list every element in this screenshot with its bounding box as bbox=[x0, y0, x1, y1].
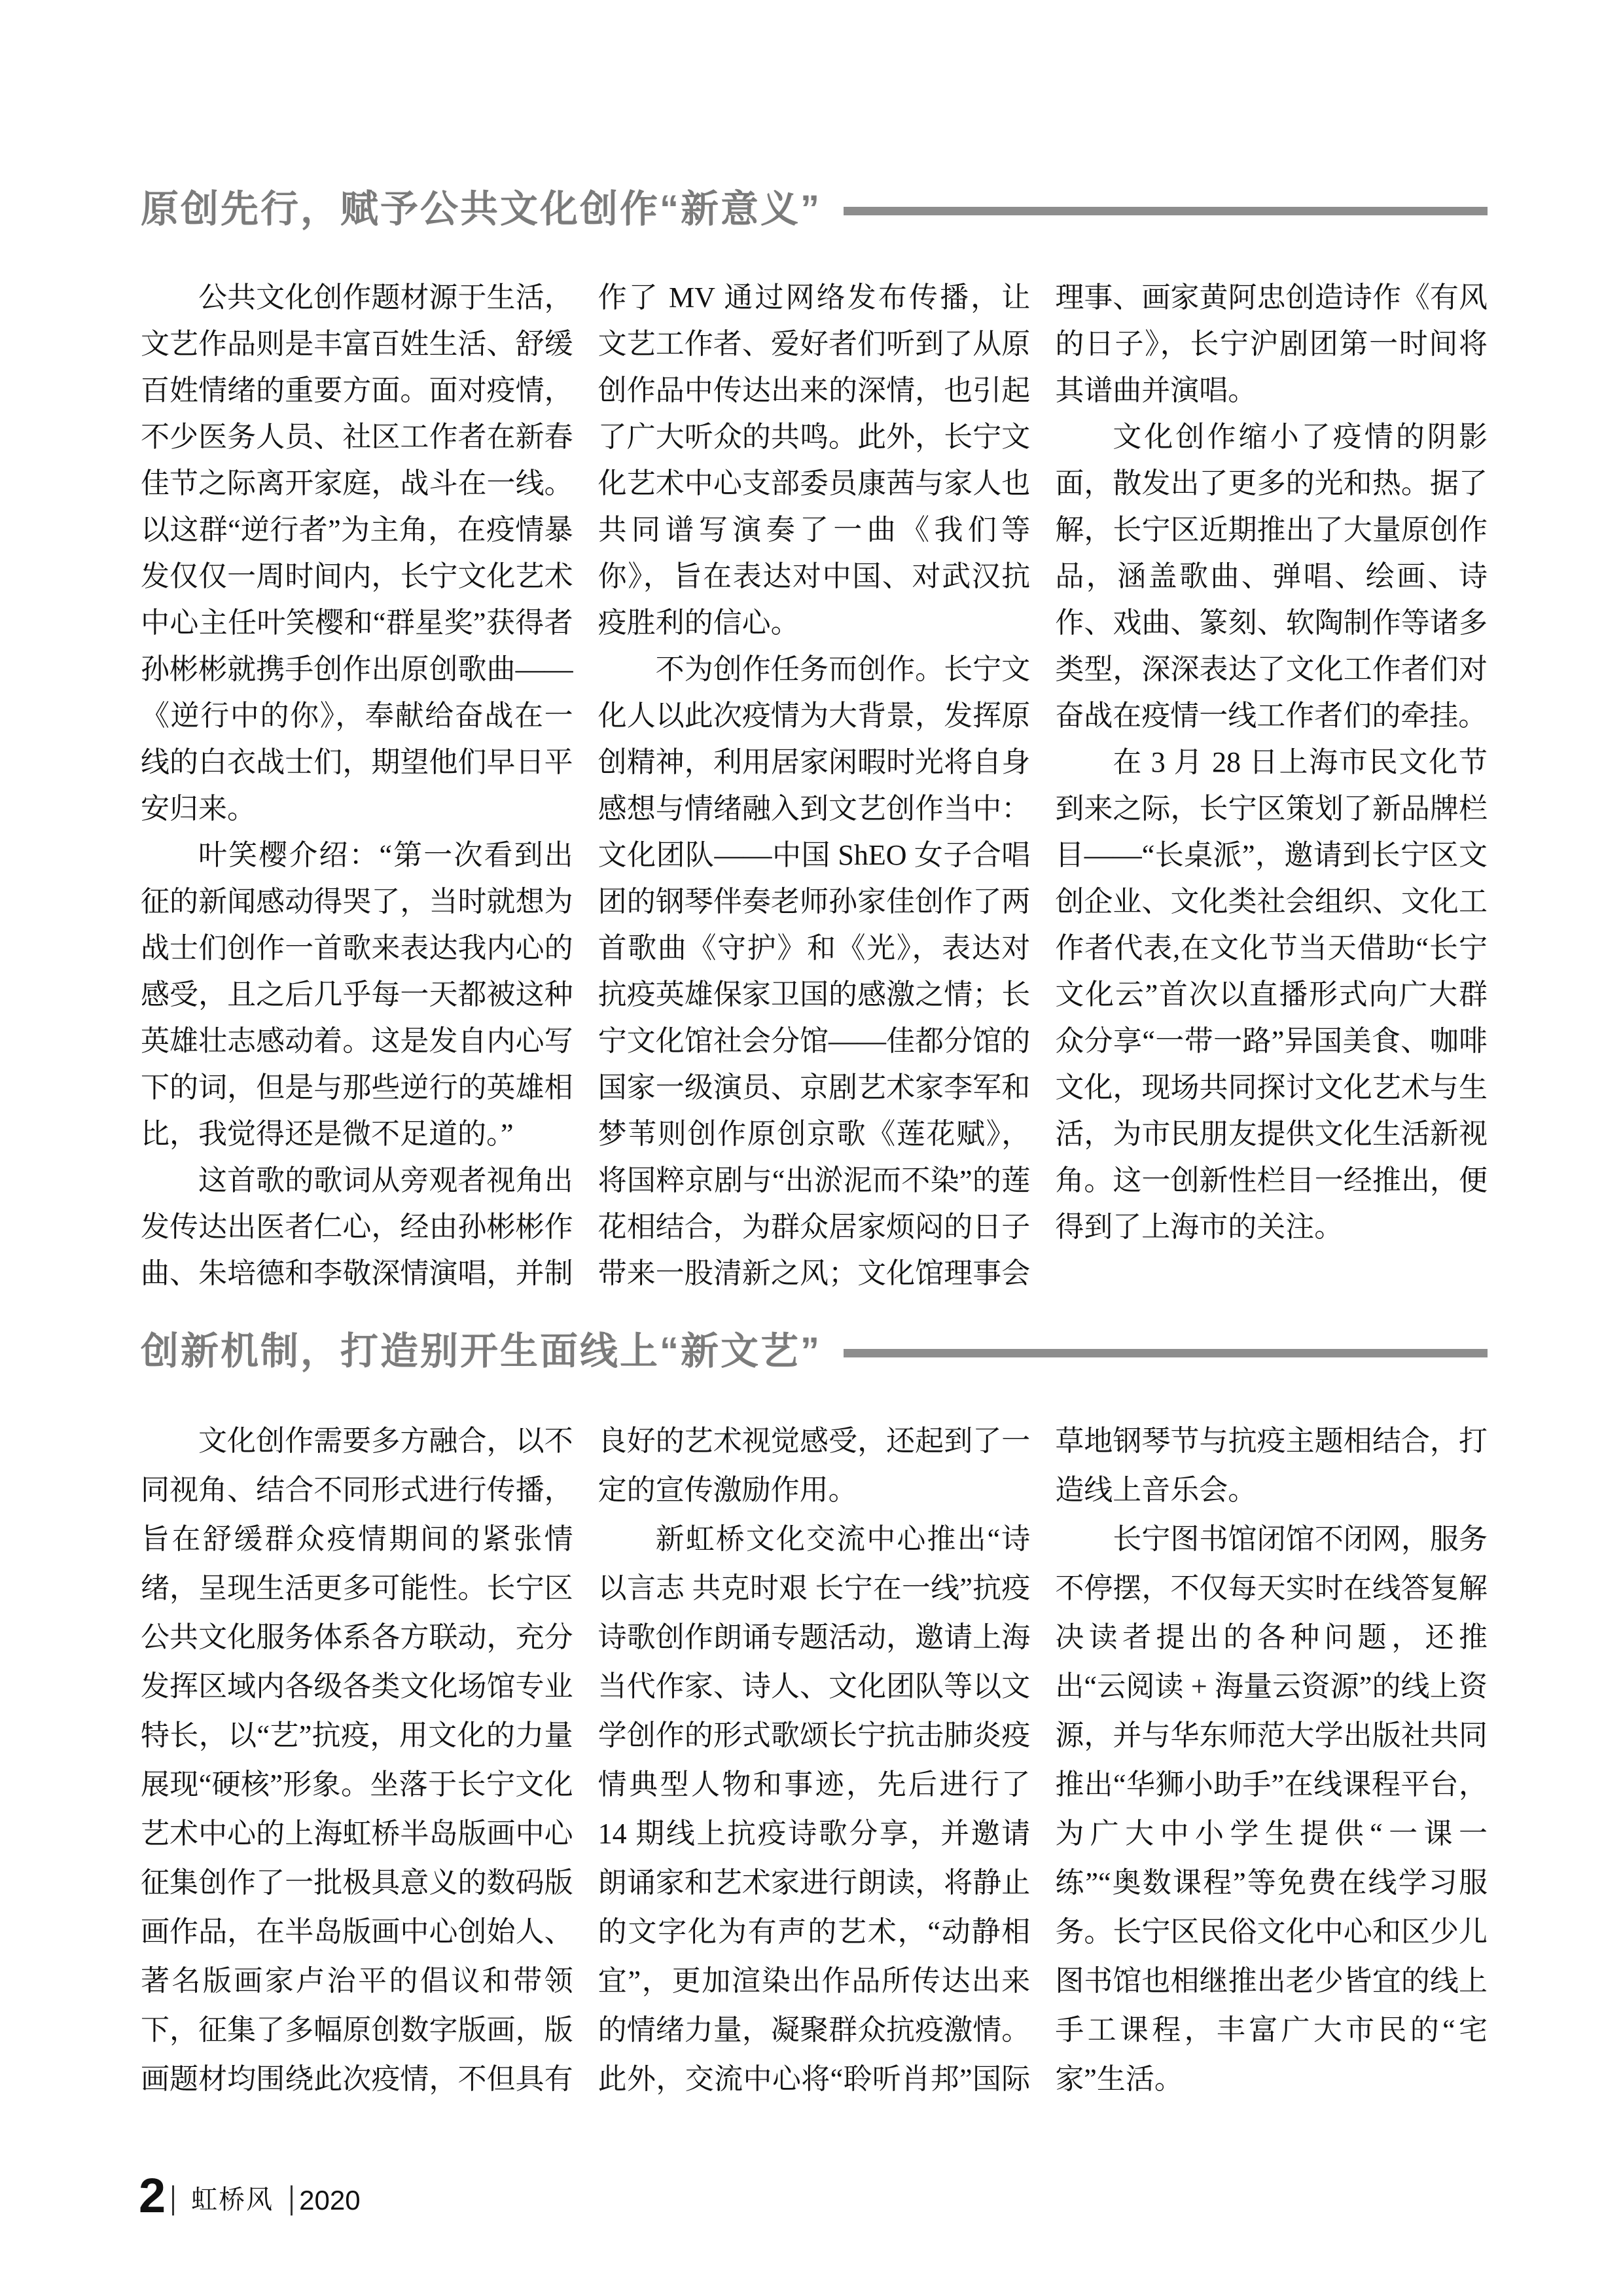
article-body-columns: 公共文化创作题材源于生活，文艺作品则是丰富百姓生活、舒缓百姓情绪的重要方面。面对… bbox=[141, 274, 1488, 1312]
article-header: 原创先行，赋予公共文化创作“新意义” bbox=[141, 187, 1488, 232]
article-body-columns: 文化创作需要多方融合，以不同视角、结合不同形式进行传播，旨在舒缓群众疫情期间的紧… bbox=[141, 1416, 1488, 2169]
page-number: 2 bbox=[139, 2174, 166, 2218]
article-original-creation: 原创先行，赋予公共文化创作“新意义” 公共文化创作题材源于生活，文艺作品则是丰富… bbox=[141, 187, 1488, 1312]
footer-divider-icon bbox=[291, 2185, 293, 2215]
title-rule-line bbox=[844, 207, 1488, 215]
article-online-art: 创新机制，打造别开生面线上“新文艺” 文化创作需要多方融合，以不同视角、结合不同… bbox=[141, 1329, 1488, 2169]
magazine-name: 虹桥风 bbox=[191, 2187, 274, 2213]
paragraph: 叶笑樱介绍：“第一次看到出征的新闻感动得哭了，当时就想为战士们创作一首歌来表达我… bbox=[141, 832, 573, 1157]
paragraph: 长宁图书馆闭馆不闭网，服务不停摆，不仅每天实时在线答复解决读者提出的各种问题，还… bbox=[1055, 1515, 1488, 2104]
footer-divider-icon bbox=[172, 2185, 174, 2215]
issue-year: 2020 bbox=[299, 2187, 360, 2214]
article-title: 创新机制，打造别开生面线上“新文艺” bbox=[141, 1329, 821, 1374]
article-title: 原创先行，赋予公共文化创作“新意义” bbox=[141, 187, 821, 232]
paragraph: 公共文化创作题材源于生活，文艺作品则是丰富百姓生活、舒缓百姓情绪的重要方面。面对… bbox=[141, 274, 573, 832]
magazine-page: 原创先行，赋予公共文化创作“新意义” 公共文化创作题材源于生活，文艺作品则是丰富… bbox=[0, 0, 1623, 2296]
page-footer: 2 虹桥风 2020 bbox=[139, 2174, 361, 2218]
article-header: 创新机制，打造别开生面线上“新文艺” bbox=[141, 1329, 1488, 1374]
paragraph: 文化创作缩小了疫情的阴影面，散发出了更多的光和热。据了解，长宁区近期推出了大量原… bbox=[1055, 414, 1488, 739]
paragraph: 在 3 月 28 日上海市民文化节到来之际，长宁区策划了新品牌栏目——“长桌派”… bbox=[1055, 739, 1488, 1250]
title-rule-line bbox=[844, 1349, 1488, 1357]
